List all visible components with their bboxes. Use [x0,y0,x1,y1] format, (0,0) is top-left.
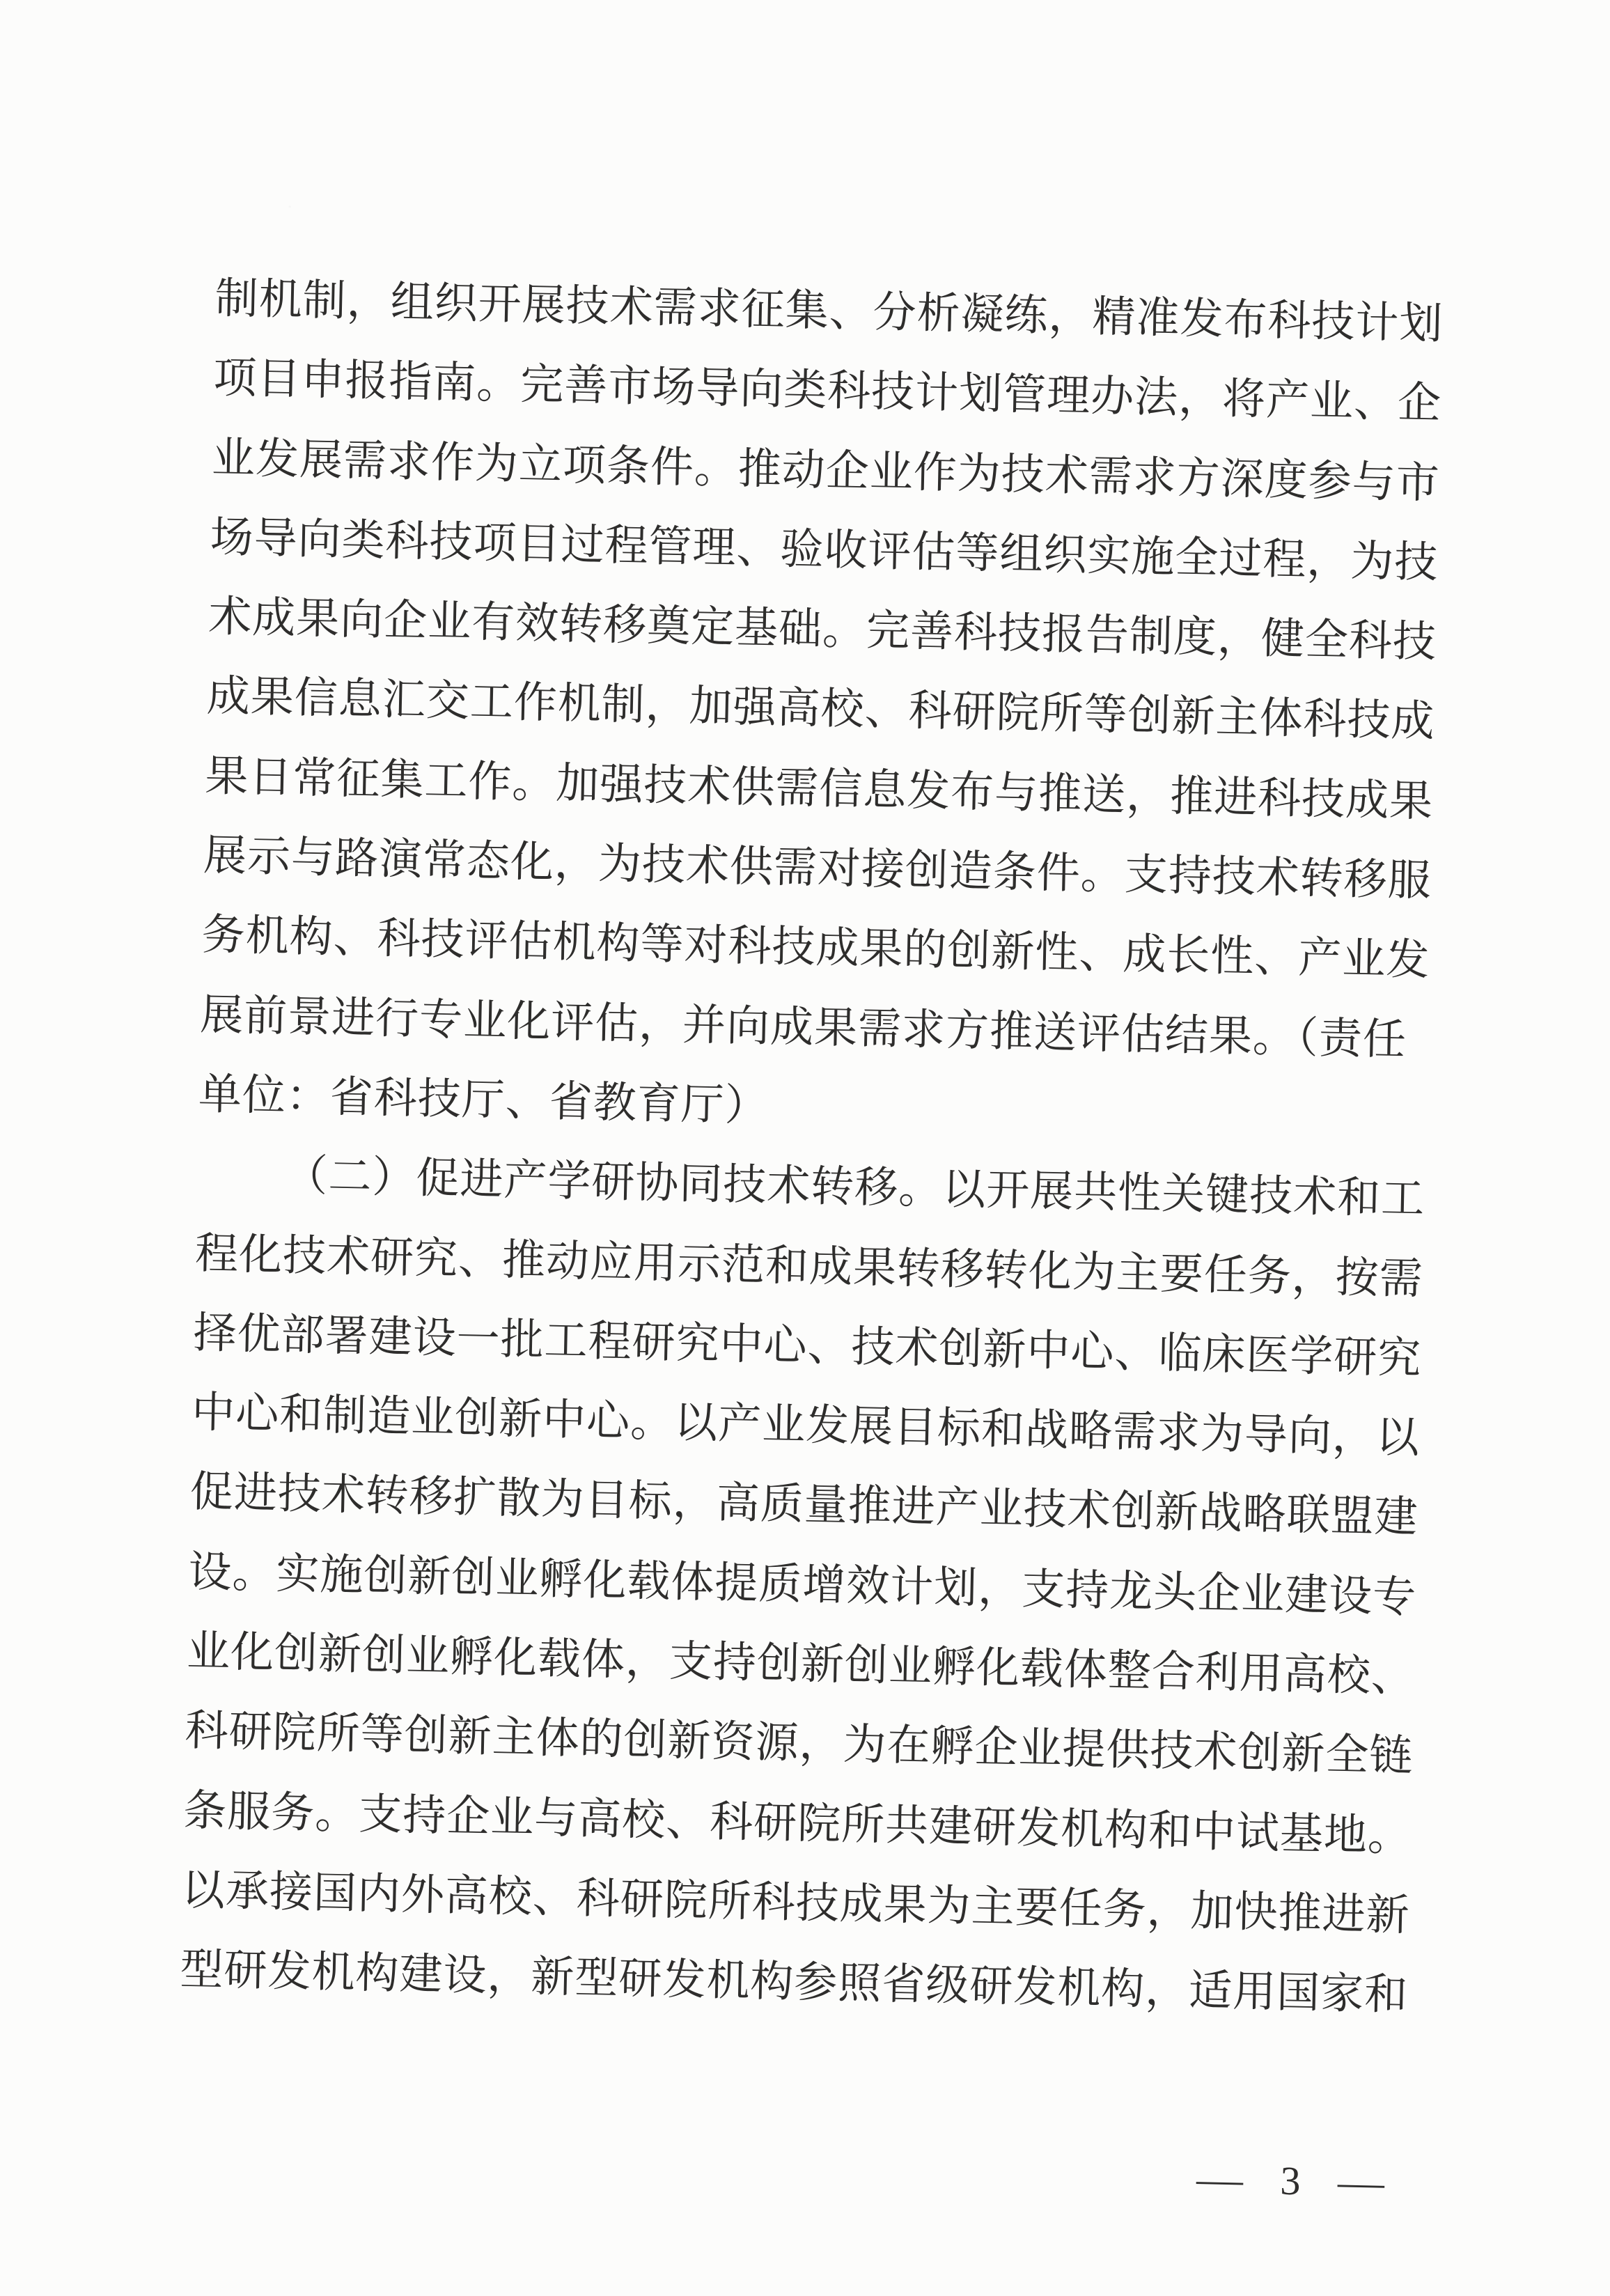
footer-left-dash: — [1196,2157,1244,2201]
footer-right-dash: — [1338,2160,1385,2204]
scanned-document-page: 制机制，组织开展技术需求征集、分析凝练，精准发布科技计划项目申报指南。完善市场导… [0,0,1610,2296]
page-footer: — 3 — [1199,2157,1382,2204]
document-body: 制机制，组织开展技术需求征集、分析凝练，精准发布科技计划项目申报指南。完善市场导… [179,259,1462,2036]
page-number: 3 [1280,2160,1301,2203]
